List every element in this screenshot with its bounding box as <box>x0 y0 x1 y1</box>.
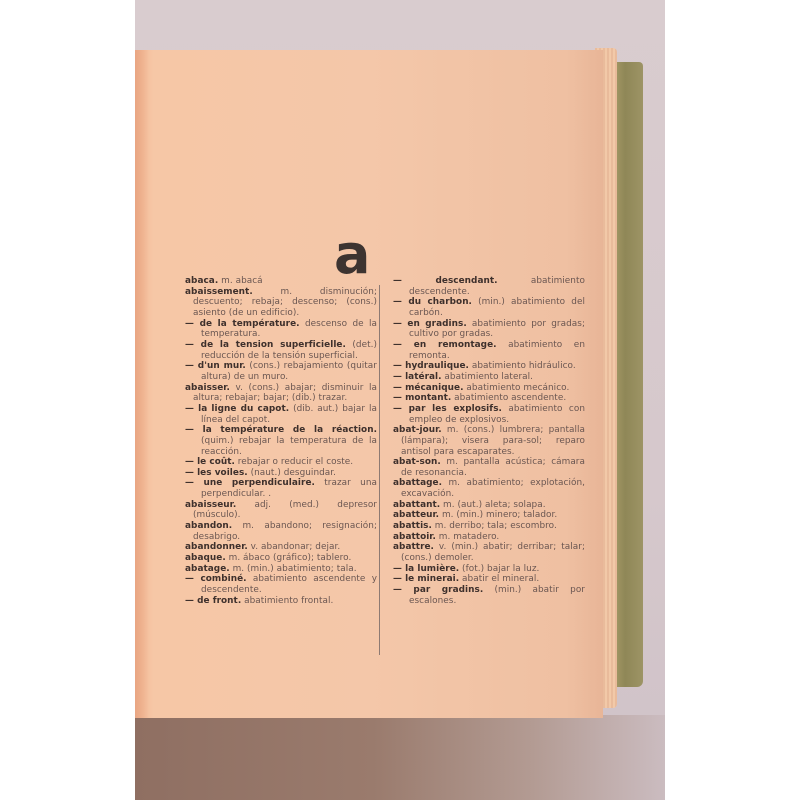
headword: abattant. <box>393 500 440 510</box>
headword: abatteur. <box>393 510 439 520</box>
headword: descendant. <box>436 276 498 286</box>
dash-marker: — <box>185 468 197 478</box>
headword: le coût. <box>197 457 235 467</box>
headword: par les explosifs. <box>409 404 502 414</box>
headword: abandon. <box>185 521 232 531</box>
definition: rebajar o reducir el coste. <box>235 457 353 467</box>
headword: abattis. <box>393 521 432 531</box>
dash-marker: — <box>393 361 405 371</box>
dictionary-entry: abandon. m. abandono; resignación; desab… <box>185 521 377 542</box>
headword: abandonner. <box>185 542 248 552</box>
headword: le minerai. <box>405 574 459 584</box>
dash-marker: — <box>393 574 405 584</box>
headword: abaisser. <box>185 383 230 393</box>
dash-marker: — <box>185 425 203 435</box>
headword: abaissement. <box>185 287 253 297</box>
dictionary-entry: abat-son. m. pantalla acústica; cámara d… <box>393 457 585 478</box>
dash-marker: — <box>185 457 197 467</box>
dictionary-page: a abaca. m. abacáabaissement. m. disminu… <box>135 50 603 718</box>
headword: de la température. <box>200 319 300 329</box>
dash-marker: — <box>393 297 408 307</box>
definition: v. abandonar; dejar. <box>248 542 340 552</box>
sub-entry: — combiné. abatimiento ascendente y desc… <box>185 574 377 595</box>
dictionary-entry: abattant. m. (aut.) aleta; solapa. <box>393 500 585 511</box>
definition: m. matadero. <box>436 532 499 542</box>
headword: une perpendiculaire. <box>204 478 315 488</box>
sub-entry: — en remontage. abatimiento en remonta. <box>393 340 585 361</box>
sub-entry: — de front. abatimiento frontal. <box>185 596 377 607</box>
dictionary-entry: abaissement. m. disminución; descuento; … <box>185 287 377 319</box>
dash-marker: — <box>393 319 407 329</box>
headword: en gradins. <box>407 319 466 329</box>
sub-entry: — les voiles. (naut.) desguindar. <box>185 468 377 479</box>
headword: combiné. <box>200 574 246 584</box>
headword: la ligne du capot. <box>198 404 289 414</box>
dictionary-entry: abattoir. m. matadero. <box>393 532 585 543</box>
dash-marker: — <box>393 276 436 286</box>
sub-entry: — latéral. abatimiento lateral. <box>393 372 585 383</box>
dash-marker: — <box>185 319 200 329</box>
headword: hydraulique. <box>405 361 469 371</box>
sub-entry: — le coût. rebajar o reducir el coste. <box>185 457 377 468</box>
definition: m. (aut.) aleta; solapa. <box>440 500 545 510</box>
dictionary-entry: abatage. m. (min.) abatimiento; tala. <box>185 564 377 575</box>
headword: abaca. <box>185 276 218 286</box>
headword: montant. <box>405 393 451 403</box>
sub-entry: — la lumière. (fot.) bajar la luz. <box>393 564 585 575</box>
dash-marker: — <box>185 361 198 371</box>
headword: de la tension superficielle. <box>201 340 346 350</box>
definition: abatimiento ascendente. <box>451 393 566 403</box>
dictionary-entry: abaca. m. abacá <box>185 276 377 287</box>
left-column: abaca. m. abacáabaissement. m. disminuci… <box>185 276 377 606</box>
dictionary-entry: abat-jour. m. (cons.) lumbrera; pantalla… <box>393 425 585 457</box>
sub-entry: — par gradins. (min.) abatir por escalon… <box>393 585 585 606</box>
sub-entry: — le minerai. abatir el mineral. <box>393 574 585 585</box>
headword: la lumière. <box>405 564 459 574</box>
headword: abattage. <box>393 478 442 488</box>
definition: m. abacá <box>218 276 262 286</box>
dash-marker: — <box>393 340 414 350</box>
dictionary-entry: abaisseur. adj. (med.) depresor (músculo… <box>185 500 377 521</box>
definition: m. derribo; tala; escombro. <box>432 521 557 531</box>
headword: abaque. <box>185 553 226 563</box>
sub-entry: — la température de la réaction. (quim.)… <box>185 425 377 457</box>
sub-entry: — la ligne du capot. (dib. aut.) bajar l… <box>185 404 377 425</box>
dictionary-entry: abaque. m. ábaco (gráfico); tablero. <box>185 553 377 564</box>
sub-entry: — mécanique. abatimiento mecánico. <box>393 383 585 394</box>
definition: (fot.) bajar la luz. <box>459 564 539 574</box>
headword: abat-jour. <box>393 425 442 435</box>
sub-entry: — montant. abatimiento ascendente. <box>393 393 585 404</box>
dash-marker: — <box>185 340 201 350</box>
headword: les voiles. <box>197 468 248 478</box>
dash-marker: — <box>185 478 204 488</box>
headword: la température de la réaction. <box>203 425 377 435</box>
headword: mécanique. <box>405 383 463 393</box>
sub-entry: — une perpendiculaire. trazar una perpen… <box>185 478 377 499</box>
cloth-book-cover <box>613 62 643 687</box>
dash-marker: — <box>185 574 200 584</box>
definition: (quim.) rebajar la temperatura de la rea… <box>201 436 377 457</box>
definition: abatimiento frontal. <box>241 596 333 606</box>
headword: en remontage. <box>414 340 497 350</box>
table-shadow <box>135 715 665 800</box>
definition: (naut.) desguindar. <box>248 468 336 478</box>
definition: m. (min.) minero; talador. <box>439 510 557 520</box>
dash-marker: — <box>393 564 405 574</box>
headword: abat-son. <box>393 457 441 467</box>
headword: abattre. <box>393 542 434 552</box>
definition: abatimiento lateral. <box>442 372 533 382</box>
sub-entry: — hydraulique. abatimiento hidráulico. <box>393 361 585 372</box>
sub-entry: — en gradins. abatimiento por gradas; cu… <box>393 319 585 340</box>
dash-marker: — <box>393 585 413 595</box>
sub-entry: — du charbon. (min.) abatimiento del car… <box>393 297 585 318</box>
dictionary-entry: abattage. m. abatimiento; explotación, e… <box>393 478 585 499</box>
headword: latéral. <box>405 372 441 382</box>
headword: abattoir. <box>393 532 436 542</box>
dash-marker: — <box>393 372 405 382</box>
sub-entry: — de la tension superficielle. (det.) re… <box>185 340 377 361</box>
definition: abatir el mineral. <box>459 574 539 584</box>
definition: abatimiento mecánico. <box>464 383 570 393</box>
dictionary-entry: abattre. v. (min.) abatir; derribar; tal… <box>393 542 585 563</box>
sub-entry: — de la température. descenso de la temp… <box>185 319 377 340</box>
dash-marker: — <box>393 404 409 414</box>
headword: du charbon. <box>408 297 472 307</box>
dictionary-entry: abaisser. v. (cons.) abajar; disminuir l… <box>185 383 377 404</box>
definition: abatimiento hidráulico. <box>469 361 576 371</box>
dash-marker: — <box>393 393 405 403</box>
headword: abatage. <box>185 564 230 574</box>
headword: de front. <box>197 596 241 606</box>
headword: par gradins. <box>413 585 483 595</box>
right-column: — descendant. abatimiento descendente.— … <box>393 276 585 606</box>
headword: d'un mur. <box>198 361 246 371</box>
dictionary-entry: abatteur. m. (min.) minero; talador. <box>393 510 585 521</box>
definition: m. ábaco (gráfico); tablero. <box>226 553 352 563</box>
headword: abaisseur. <box>185 500 236 510</box>
column-divider <box>379 285 380 655</box>
sub-entry: — descendant. abatimiento descendente. <box>393 276 585 297</box>
dash-marker: — <box>185 596 197 606</box>
sub-entry: — par les explosifs. abatimiento con emp… <box>393 404 585 425</box>
definition: m. (min.) abatimiento; tala. <box>230 564 357 574</box>
section-letter: a <box>334 228 370 282</box>
photograph: a abaca. m. abacáabaissement. m. disminu… <box>135 0 665 800</box>
dictionary-entry: abandonner. v. abandonar; dejar. <box>185 542 377 553</box>
dash-marker: — <box>185 404 198 414</box>
dash-marker: — <box>393 383 405 393</box>
dictionary-entry: abattis. m. derribo; tala; escombro. <box>393 521 585 532</box>
sub-entry: — d'un mur. (cons.) rebajamiento (quitar… <box>185 361 377 382</box>
